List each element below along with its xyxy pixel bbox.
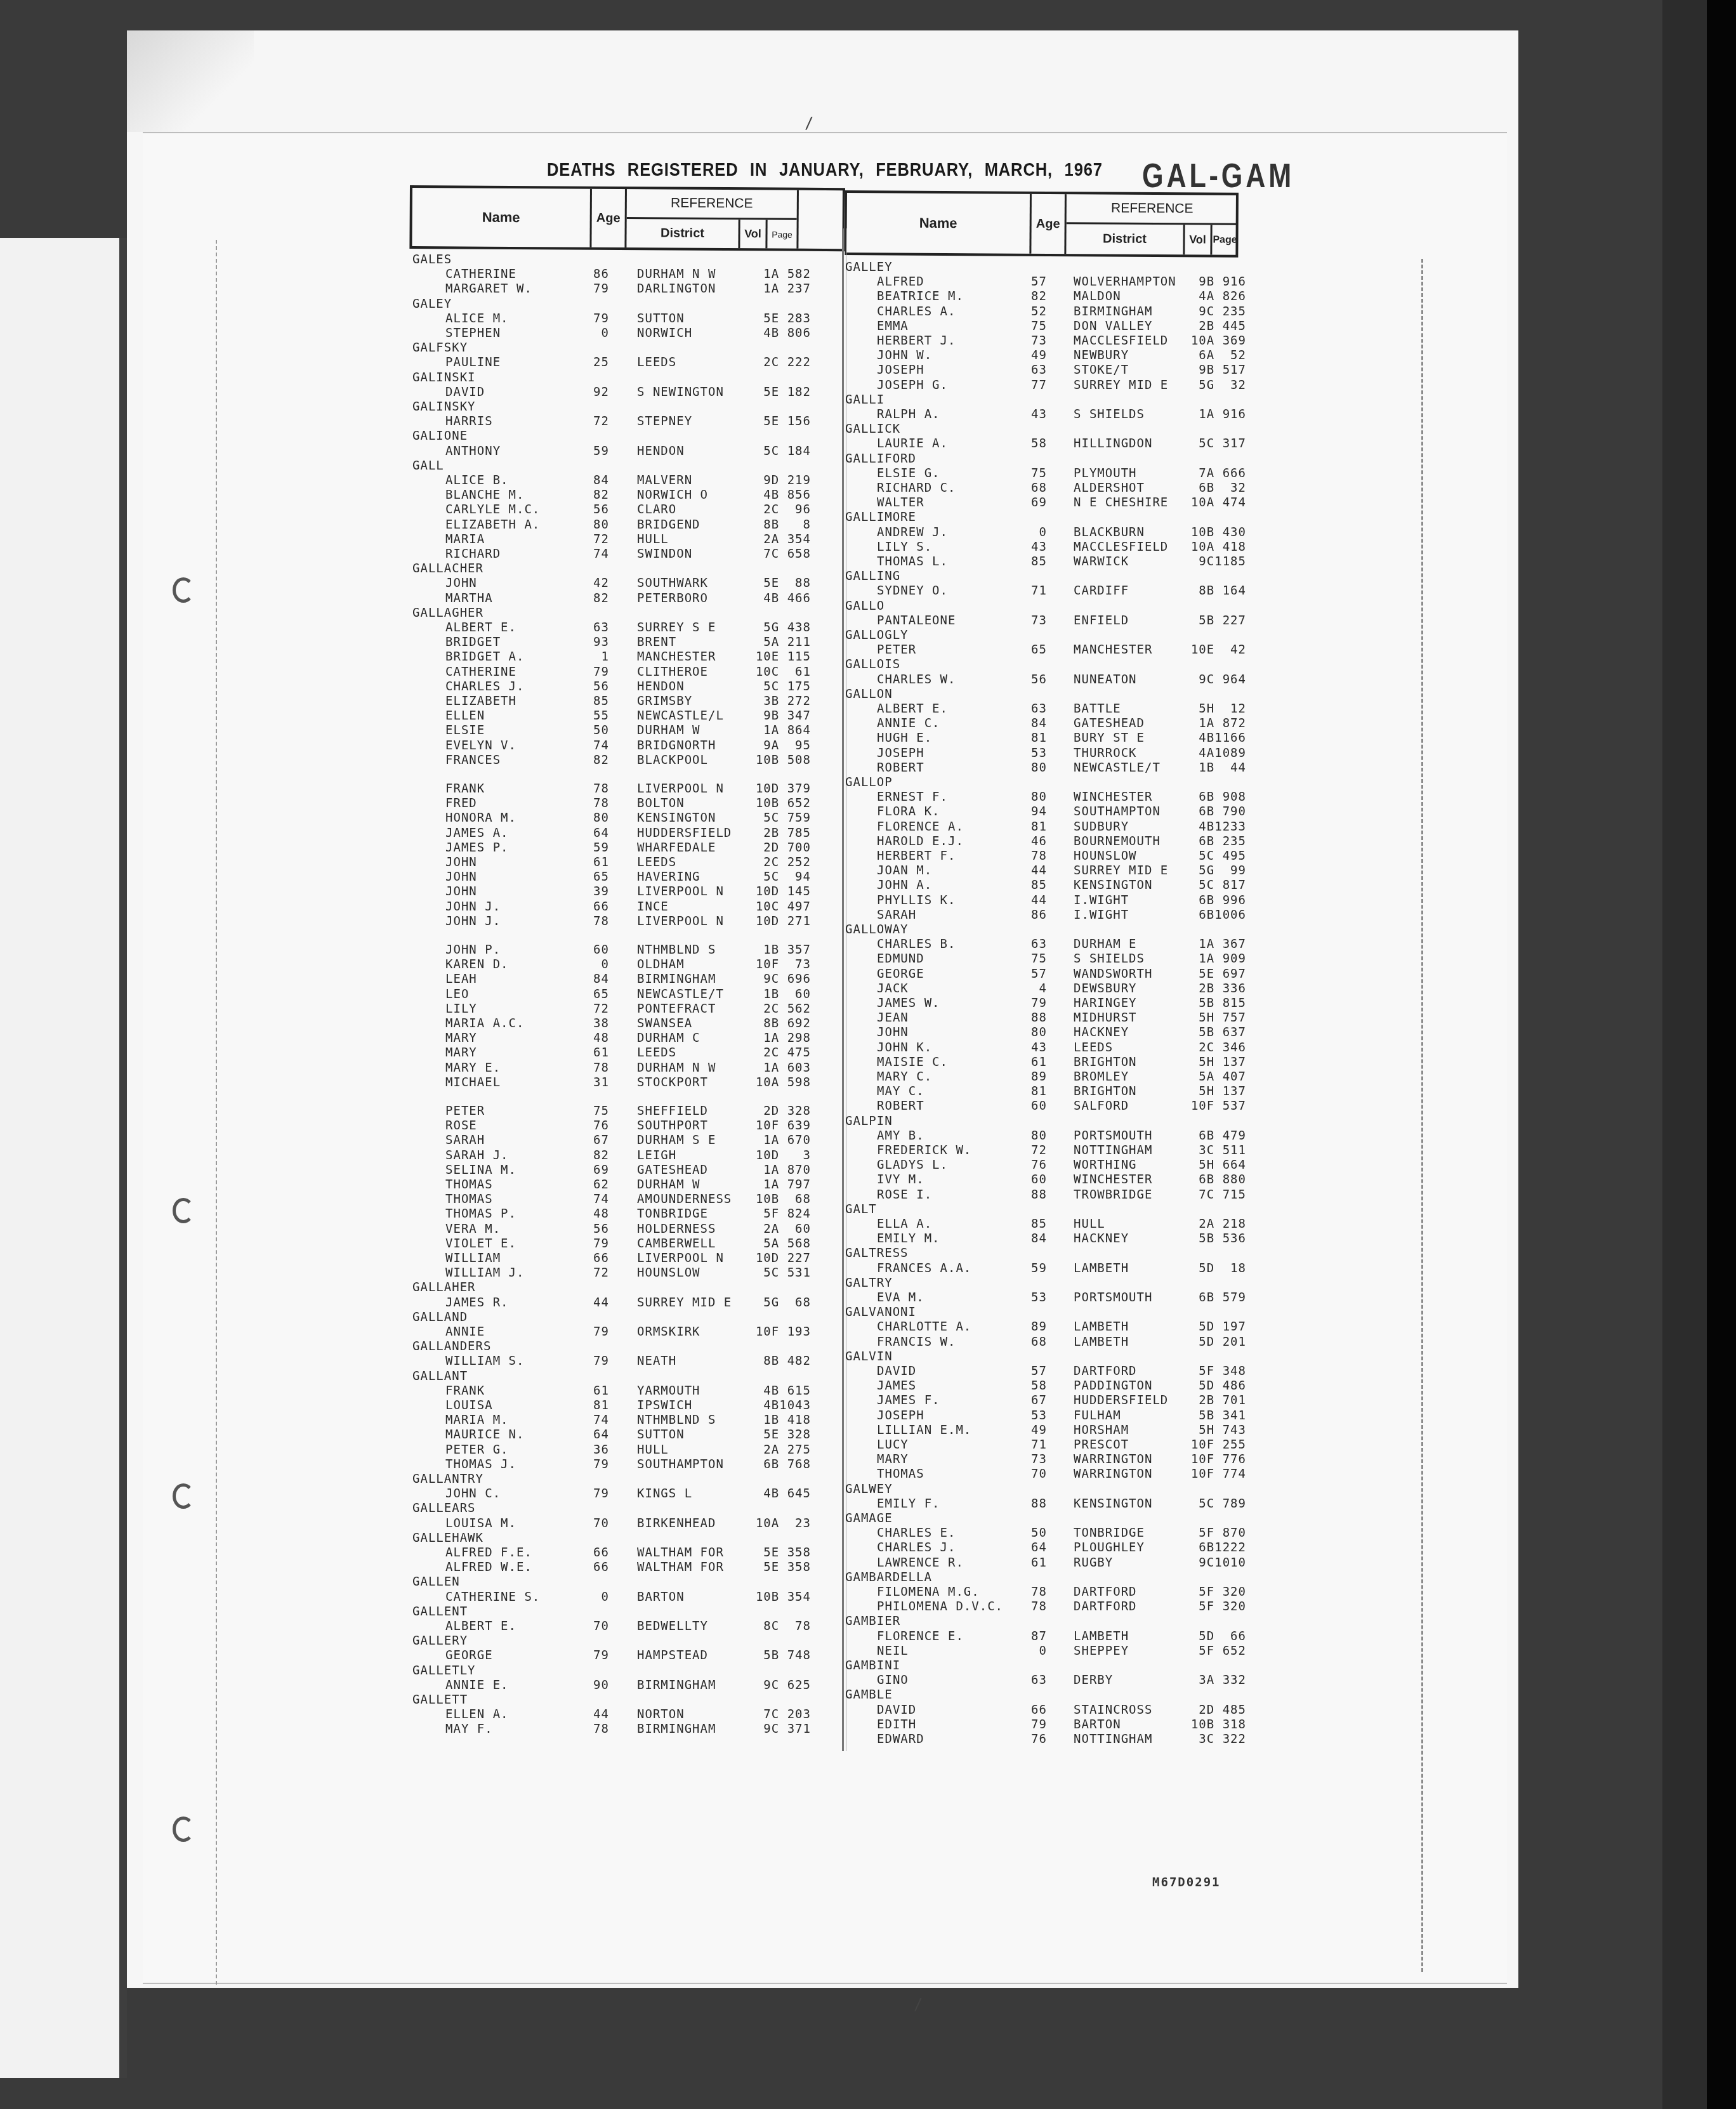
- entry-district: CAMBERWELL: [637, 1237, 716, 1251]
- entry-ref: 6A 52: [1176, 348, 1246, 362]
- entry-ref: 4B 856: [741, 488, 811, 502]
- entry-ref: 5C 495: [1176, 849, 1246, 863]
- death-entry: DAVID66STAINCROSS2D 485: [845, 1703, 1264, 1718]
- binder-margin-line: [216, 240, 217, 1985]
- entry-ref: 10D 145: [741, 884, 811, 898]
- entry-age: 25: [584, 355, 609, 369]
- entry-age: 89: [1022, 1320, 1047, 1334]
- entry-district: SWANSEA: [637, 1016, 692, 1030]
- surname-heading: GALLO: [845, 599, 1264, 614]
- entry-age: 43: [1022, 540, 1047, 554]
- entry-forename: FRANCIS W.: [877, 1335, 956, 1349]
- entry-age: 44: [584, 1296, 609, 1310]
- entry-district: HULL: [1074, 1217, 1105, 1231]
- entry-age: 4: [1022, 982, 1047, 995]
- death-entry: MAISIE C.61BRIGHTON5H 137: [845, 1055, 1264, 1070]
- entry-district: SHEPPEY: [1074, 1644, 1129, 1658]
- death-entry: MARIA A.C.38SWANSEA8B 692: [412, 1016, 844, 1031]
- death-entry: ALICE B.84MALVERN9D 219: [412, 473, 844, 488]
- entry-forename: CHARLES E.: [877, 1526, 956, 1540]
- entry-forename: JAMES: [877, 1379, 916, 1393]
- entry-ref: 5D 66: [1176, 1629, 1246, 1643]
- entry-age: 0: [584, 957, 609, 971]
- entry-forename: THOMAS: [445, 1178, 493, 1192]
- entry-age: 48: [584, 1207, 609, 1221]
- surname-heading: GALLOP: [845, 775, 1264, 790]
- entry-age: 76: [584, 1119, 609, 1133]
- entry-age: 38: [584, 1016, 609, 1030]
- entry-age: 78: [1022, 1585, 1047, 1599]
- entry-ref: 1A 872: [1176, 716, 1246, 730]
- entry-age: 61: [584, 1384, 609, 1398]
- death-entry: JAMES W.79HARINGEY5B 815: [845, 996, 1264, 1011]
- entry-ref: 6B1222: [1176, 1541, 1246, 1554]
- entry-age: 84: [584, 972, 609, 986]
- entry-ref: 2C 222: [741, 355, 811, 369]
- entry-age: 85: [1022, 1217, 1047, 1231]
- entry-age: 86: [1022, 908, 1047, 922]
- entry-forename: MARY C.: [877, 1070, 932, 1084]
- entry-forename: LOUISA M.: [445, 1516, 516, 1530]
- entry-forename: HARRIS: [445, 414, 493, 428]
- entry-age: 75: [1022, 952, 1047, 966]
- entry-ref: 5F 870: [1176, 1526, 1246, 1540]
- death-entry: ELIZABETH85GRIMSBY3B 272: [412, 694, 844, 709]
- entry-forename: MARIA M.: [445, 1413, 509, 1427]
- entry-district: GRIMSBY: [637, 694, 692, 708]
- entry-forename: HONORA M.: [445, 811, 516, 825]
- surname-heading: GALLING: [845, 569, 1264, 584]
- entry-age: 73: [1022, 1452, 1047, 1466]
- entry-age: 72: [1022, 1143, 1047, 1157]
- surname: GALVANONI: [845, 1305, 916, 1319]
- entry-ref: 5H 743: [1176, 1423, 1246, 1437]
- entry-district: BRIDGEND: [637, 518, 700, 532]
- entry-forename: ALFRED W.E.: [445, 1560, 532, 1574]
- entry-forename: GEORGE: [877, 967, 924, 981]
- entry-district: MANCHESTER: [637, 650, 716, 664]
- entry-forename: EDITH: [877, 1718, 916, 1731]
- death-entry: LILY72PONTEFRACT2C 562: [412, 1002, 844, 1016]
- entry-ref: 5C 759: [741, 811, 811, 825]
- entry-ref: 5C 175: [741, 680, 811, 693]
- death-entry: JOHN80HACKNEY5B 637: [845, 1025, 1264, 1040]
- entry-age: 58: [1022, 437, 1047, 450]
- surname: GALLAGHER: [412, 606, 483, 620]
- scan-mark: /: [914, 1995, 923, 2013]
- entry-forename: JOHN K.: [877, 1041, 932, 1054]
- entry-age: 65: [1022, 643, 1047, 657]
- surname: GALLANT: [412, 1369, 468, 1383]
- death-entry: ANNIE C.84GATESHEAD1A 872: [845, 716, 1264, 731]
- entry-age: 82: [584, 1148, 609, 1162]
- entry-district: PORTSMOUTH: [1074, 1291, 1152, 1304]
- entry-age: 66: [584, 900, 609, 914]
- entry-age: 70: [584, 1516, 609, 1530]
- entry-district: NORWICH: [637, 326, 692, 340]
- entry-district: BLACKBURN: [1074, 525, 1145, 539]
- death-entry: PHYLLIS K.44I.WIGHT6B 996: [845, 893, 1264, 908]
- death-entry: MARIA M.74NTHMBLND S1B 418: [412, 1413, 844, 1428]
- entry-ref: 5G 438: [741, 621, 811, 634]
- entry-age: 70: [1022, 1467, 1047, 1481]
- entry-forename: ROSE: [445, 1119, 477, 1133]
- entry-ref: 9C 964: [1176, 673, 1246, 687]
- page-title: DEATHS REGISTERED IN JANUARY, FEBRUARY, …: [547, 160, 1103, 181]
- entry-forename: MARIA A.C.: [445, 1016, 524, 1030]
- entry-age: 77: [1022, 378, 1047, 392]
- entry-ref: 2B 701: [1176, 1393, 1246, 1407]
- entry-district: S SHIELDS: [1074, 952, 1145, 966]
- death-entry: PANTALEONE73ENFIELD5B 227: [845, 614, 1264, 628]
- entry-district: PONTEFRACT: [637, 1002, 716, 1016]
- death-entry: THOMAS62DURHAM W1A 797: [412, 1178, 844, 1192]
- entry-age: 79: [584, 1457, 609, 1471]
- entry-forename: KAREN D.: [445, 957, 509, 971]
- entry-forename: ALBERT E.: [445, 1619, 516, 1633]
- death-entry: PHILOMENA D.V.C.78DARTFORD5F 320: [845, 1600, 1264, 1614]
- death-entry: FRANCIS W.68LAMBETH5D 201: [845, 1335, 1264, 1350]
- entry-forename: FLORA K.: [877, 805, 940, 818]
- entry-ref: 9C 696: [741, 972, 811, 986]
- entry-forename: MARY: [877, 1452, 909, 1466]
- entry-ref: 3A 332: [1176, 1673, 1246, 1687]
- death-entry: JOHN A.85KENSINGTON5C 817: [845, 878, 1264, 893]
- entry-ref: 5H 137: [1176, 1055, 1246, 1069]
- entry-forename: PANTALEONE: [877, 614, 956, 627]
- entry-forename: EVA M.: [877, 1291, 924, 1304]
- entry-forename: JOHN J.: [445, 900, 501, 914]
- punch-hole: [173, 1198, 194, 1223]
- entry-district: LAMBETH: [1074, 1320, 1129, 1334]
- entry-age: 79: [584, 1648, 609, 1662]
- death-entry: CHARLES E.50TONBRIDGE5F 870: [845, 1526, 1264, 1541]
- death-entry: FRANK78LIVERPOOL N10D 379: [412, 782, 844, 796]
- entry-district: HENDON: [637, 680, 685, 693]
- entry-age: 60: [1022, 1099, 1047, 1113]
- entry-district: DERBY: [1074, 1673, 1113, 1687]
- entry-district: HENDON: [637, 444, 685, 458]
- entry-age: 59: [584, 444, 609, 458]
- surname: GALEY: [412, 297, 452, 311]
- entry-ref: 8C 78: [741, 1619, 811, 1633]
- death-entry: JOHN W.49NEWBURY6A 52: [845, 348, 1264, 363]
- surname-heading: GALLEY: [845, 260, 1264, 275]
- death-entry: SARAH86I.WIGHT6B1006: [845, 908, 1264, 923]
- entry-district: DURHAM C: [637, 1031, 700, 1045]
- entry-age: 85: [584, 694, 609, 708]
- entry-forename: THOMAS J.: [445, 1457, 516, 1471]
- entry-age: 0: [1022, 1644, 1047, 1658]
- entry-age: 65: [584, 870, 609, 884]
- death-entry: FLORA K.94SOUTHAMPTON6B 790: [845, 805, 1264, 819]
- entry-district: WOLVERHAMPTON: [1074, 275, 1176, 289]
- death-entry: ROSE I.88TROWBRIDGE7C 715: [845, 1188, 1264, 1202]
- entry-age: 57: [1022, 275, 1047, 289]
- entry-age: 93: [584, 635, 609, 649]
- entry-forename: JAMES F.: [877, 1393, 940, 1407]
- entry-age: 46: [1022, 834, 1047, 848]
- death-entry: FLORENCE A.81SUDBURY4B1233: [845, 820, 1264, 834]
- entry-age: 53: [1022, 746, 1047, 760]
- entry-district: WALTHAM FOR: [637, 1546, 724, 1560]
- entry-district: BURY ST E: [1074, 731, 1145, 745]
- death-entry: JAMES P.59WHARFEDALE2D 700: [412, 841, 844, 855]
- surname-heading: GALINSKY: [412, 400, 844, 414]
- death-entry: MARY E.78DURHAM N W1A 603: [412, 1061, 844, 1075]
- entry-district: WINCHESTER: [1074, 790, 1152, 804]
- entry-ref: 1B 60: [741, 987, 811, 1001]
- entry-forename: ELIZABETH: [445, 694, 516, 708]
- entry-district: YARMOUTH: [637, 1384, 700, 1398]
- entry-district: NORTON: [637, 1707, 685, 1721]
- entry-ref: 9C1185: [1176, 555, 1246, 568]
- entry-ref: 8B 8: [741, 518, 811, 532]
- entry-forename: SYDNEY O.: [877, 584, 948, 598]
- entry-ref: 2C 96: [741, 503, 811, 516]
- entry-district: LEEDS: [1074, 1041, 1113, 1054]
- entry-age: 64: [1022, 1541, 1047, 1554]
- entry-forename: ANTHONY: [445, 444, 501, 458]
- entry-ref: 1A 870: [741, 1163, 811, 1177]
- death-entry: ELIZABETH A.80BRIDGEND8B 8: [412, 518, 844, 532]
- entry-ref: 5B 341: [1176, 1409, 1246, 1422]
- entry-forename: THOMAS L.: [877, 555, 948, 568]
- entry-age: 63: [584, 621, 609, 634]
- entry-age: 64: [584, 1428, 609, 1442]
- surname: GAMBINI: [845, 1659, 900, 1672]
- entry-ref: 10A 474: [1176, 496, 1246, 509]
- entry-district: GATESHEAD: [1074, 716, 1145, 730]
- death-entry: ERNEST F.80WINCHESTER6B 908: [845, 790, 1264, 805]
- entry-age: 84: [1022, 1232, 1047, 1245]
- entry-age: 31: [584, 1075, 609, 1089]
- entry-district: MIDHURST: [1074, 1011, 1137, 1025]
- surname: GALL: [412, 459, 444, 473]
- entry-age: 48: [584, 1031, 609, 1045]
- surname: GAMBARDELLA: [845, 1570, 932, 1584]
- entry-district: HOLDERNESS: [637, 1222, 716, 1236]
- entry-district: SURREY S E: [637, 621, 716, 634]
- entry-forename: HUGH E.: [877, 731, 932, 745]
- entry-ref: 7A 666: [1176, 466, 1246, 480]
- scan-mark: /: [805, 114, 813, 132]
- entry-district: BEDWELLTY: [637, 1619, 708, 1633]
- death-entry: LAWRENCE R.61RUGBY9C1010: [845, 1556, 1264, 1570]
- death-entry: CHARLES W.56NUNEATON9C 964: [845, 673, 1264, 687]
- surname: GALLANDERS: [412, 1339, 491, 1353]
- entry-age: 68: [1022, 481, 1047, 495]
- death-entry: EDWARD76NOTTINGHAM3C 322: [845, 1732, 1264, 1747]
- entry-forename: DAVID: [445, 385, 485, 399]
- entry-age: 74: [584, 1413, 609, 1427]
- surname: GALLACHER: [412, 562, 483, 575]
- death-entry: CARLYLE M.C.56CLARO2C 96: [412, 503, 844, 517]
- death-entry: JOSEPH63STOKE/T9B 517: [845, 363, 1264, 378]
- entry-forename: ALICE M.: [445, 312, 509, 325]
- entry-age: 88: [1022, 1188, 1047, 1202]
- death-entry: ELLA A.85HULL2A 218: [845, 1217, 1264, 1232]
- entry-district: PADDINGTON: [1074, 1379, 1152, 1393]
- death-entry: JOHN C.79KINGS L4B 645: [412, 1487, 844, 1501]
- surname-heading: GALWEY: [845, 1482, 1264, 1497]
- entry-forename: CHARLOTTE A.: [877, 1320, 971, 1334]
- death-entry: MAY F.78BIRMINGHAM9C 371: [412, 1722, 844, 1737]
- surname-heading: GALLACHER: [412, 562, 844, 576]
- entry-forename: JOHN C.: [445, 1487, 501, 1501]
- death-entry: DAVID92S NEWINGTON5E 182: [412, 385, 844, 400]
- entry-forename: ELLEN: [445, 709, 485, 723]
- entry-forename: CATHERINE S.: [445, 1590, 540, 1604]
- surname-heading: GALIONE: [412, 429, 844, 443]
- entry-age: 78: [584, 1061, 609, 1075]
- entry-age: 56: [584, 503, 609, 516]
- surname: GALLOIS: [845, 657, 900, 671]
- entry-age: 85: [1022, 555, 1047, 568]
- entry-ref: 8B 164: [1176, 584, 1246, 598]
- entry-age: 61: [584, 1046, 609, 1060]
- entry-age: 55: [584, 709, 609, 723]
- entry-forename: BRIDGET: [445, 635, 501, 649]
- entry-district: DARTFORD: [1074, 1600, 1137, 1613]
- entry-ref: 6B 32: [1176, 481, 1246, 495]
- entry-ref: 10A 369: [1176, 334, 1246, 348]
- entry-ref: 5H 664: [1176, 1158, 1246, 1172]
- death-entry: HONORA M.80KENSINGTON5C 759: [412, 811, 844, 825]
- entry-forename: MAY F.: [445, 1722, 493, 1736]
- entry-ref: 4B1166: [1176, 731, 1246, 745]
- entry-age: 57: [1022, 967, 1047, 981]
- entry-district: HUDDERSFIELD: [1074, 1393, 1168, 1407]
- entry-ref: 10D 227: [741, 1251, 811, 1265]
- entry-forename: GLADYS L.: [877, 1158, 948, 1172]
- death-entry: MARY73WARRINGTON10F 776: [845, 1452, 1264, 1467]
- entry-district: SOUTHAMPTON: [637, 1457, 724, 1471]
- death-entry: SARAH J.82LEIGH10D 3: [412, 1148, 844, 1163]
- entry-age: 44: [584, 1707, 609, 1721]
- surname-heading: GALLON: [845, 687, 1264, 702]
- entry-ref: 2C 475: [741, 1046, 811, 1060]
- entry-forename: JOHN W.: [877, 348, 932, 362]
- death-entry: THOMAS L.85WARWICK9C1185: [845, 555, 1264, 569]
- entry-forename: WILLIAM S.: [445, 1354, 524, 1368]
- entry-ref: 2B 445: [1176, 319, 1246, 333]
- entry-ref: 5D 201: [1176, 1335, 1246, 1349]
- death-entry: JOAN M.44SURREY MID E5G 99: [845, 864, 1264, 878]
- entry-district: NTHMBLND S: [637, 943, 716, 957]
- surname-heading: GALLIFORD: [845, 452, 1264, 466]
- entry-district: PORTSMOUTH: [1074, 1129, 1152, 1143]
- death-entry: EMMA75DON VALLEY2B 445: [845, 319, 1264, 334]
- death-entry: JOSEPH G.77SURREY MID E5G 32: [845, 378, 1264, 393]
- entry-age: 80: [584, 811, 609, 825]
- entry-age: 86: [584, 267, 609, 281]
- entry-age: 82: [584, 488, 609, 502]
- entry-age: 44: [1022, 893, 1047, 907]
- death-entry: ANNIE79ORMSKIRK10F 193: [412, 1325, 844, 1339]
- entry-forename: EDMUND: [877, 952, 924, 966]
- entry-ref: 5H 137: [1176, 1084, 1246, 1098]
- entry-district: STOCKPORT: [637, 1075, 708, 1089]
- entry-ref: 10C 497: [741, 900, 811, 914]
- surname-heading: GALES: [412, 253, 844, 267]
- death-entry: ELSIE G.75PLYMOUTH7A 666: [845, 466, 1264, 481]
- header-vol: Vol: [1185, 225, 1210, 254]
- death-entry: NEIL0SHEPPEY5F 652: [845, 1644, 1264, 1659]
- entry-ref: 4B1233: [1176, 820, 1246, 834]
- entry-ref: 2A 218: [1176, 1217, 1246, 1231]
- entry-forename: JOHN: [445, 855, 477, 869]
- entry-forename: CHARLES J.: [877, 1541, 956, 1554]
- death-entry: THOMAS74AMOUNDERNESS10B 68: [412, 1192, 844, 1207]
- entry-ref: 5D 197: [1176, 1320, 1246, 1334]
- death-entry: JOSEPH53THURROCK4A1089: [845, 746, 1264, 761]
- death-entry: ALBERT E.63SURREY S E5G 438: [412, 621, 844, 635]
- death-entry: PAULINE25LEEDS2C 222: [412, 355, 844, 370]
- entry-age: 81: [584, 1398, 609, 1412]
- entry-age: 79: [1022, 996, 1047, 1010]
- header-name: Name: [412, 188, 590, 247]
- death-entry: WILLIAM S.79NEATH8B 482: [412, 1354, 844, 1369]
- entry-age: 71: [1022, 584, 1047, 598]
- death-entry: ALFRED W.E.66WALTHAM FOR5E 358: [412, 1560, 844, 1575]
- death-entry: EVELYN V.74BRIDGNORTH9A 95: [412, 739, 844, 753]
- entry-forename: EMMA: [877, 319, 909, 333]
- entry-ref: 5E 697: [1176, 967, 1246, 981]
- death-entry: CHARLES B.63DURHAM E1A 367: [845, 937, 1264, 952]
- entry-ref: 1B 44: [1176, 761, 1246, 775]
- death-entry: RICHARD C.68ALDERSHOT6B 32: [845, 481, 1264, 496]
- entry-forename: BEATRICE M.: [877, 289, 964, 303]
- entry-age: 49: [1022, 348, 1047, 362]
- entry-district: BIRKENHEAD: [637, 1516, 716, 1530]
- entry-age: 42: [584, 576, 609, 590]
- entry-district: ENFIELD: [1074, 614, 1129, 627]
- entry-district: HARINGEY: [1074, 996, 1137, 1010]
- entry-district: LIVERPOOL N: [637, 1251, 724, 1265]
- surname: GALLETT: [412, 1693, 468, 1707]
- entry-ref: 5G 99: [1176, 864, 1246, 877]
- entry-district: BRIGHTON: [1074, 1055, 1137, 1069]
- entry-ref: 6B 768: [741, 1457, 811, 1471]
- entry-ref: 3C 511: [1176, 1143, 1246, 1157]
- entry-district: LEIGH: [637, 1148, 676, 1162]
- entry-age: 82: [584, 591, 609, 605]
- header-page: Page: [1212, 225, 1237, 255]
- entry-ref: 10F 537: [1176, 1099, 1246, 1113]
- surname: GALLEY: [845, 260, 893, 274]
- entry-district: WINCHESTER: [1074, 1173, 1152, 1186]
- document-code: M67D0291: [1152, 1876, 1221, 1889]
- entry-district: HUDDERSFIELD: [637, 826, 732, 840]
- entry-forename: JOHN: [445, 576, 477, 590]
- entry-ref: 1A 864: [741, 723, 811, 737]
- death-entry: HERBERT J.73MACCLESFIELD10A 369: [845, 334, 1264, 348]
- entry-forename: SARAH: [445, 1133, 485, 1147]
- entry-age: 59: [1022, 1261, 1047, 1275]
- entry-age: 74: [584, 547, 609, 561]
- entry-ref: 5E 182: [741, 385, 811, 399]
- entry-ref: 4B 806: [741, 326, 811, 340]
- death-entry: ALBERT E.63BATTLE5H 12: [845, 702, 1264, 716]
- entry-ref: 5C 531: [741, 1266, 811, 1280]
- death-entry: JOHN42SOUTHWARK5E 88: [412, 576, 844, 591]
- entry-age: 52: [1022, 305, 1047, 319]
- entry-district: AMOUNDERNESS: [637, 1192, 732, 1206]
- entry-district: CARDIFF: [1074, 584, 1129, 598]
- death-entry: KAREN D.0OLDHAM10F 73: [412, 957, 844, 972]
- entry-district: DURHAM W: [637, 1178, 700, 1192]
